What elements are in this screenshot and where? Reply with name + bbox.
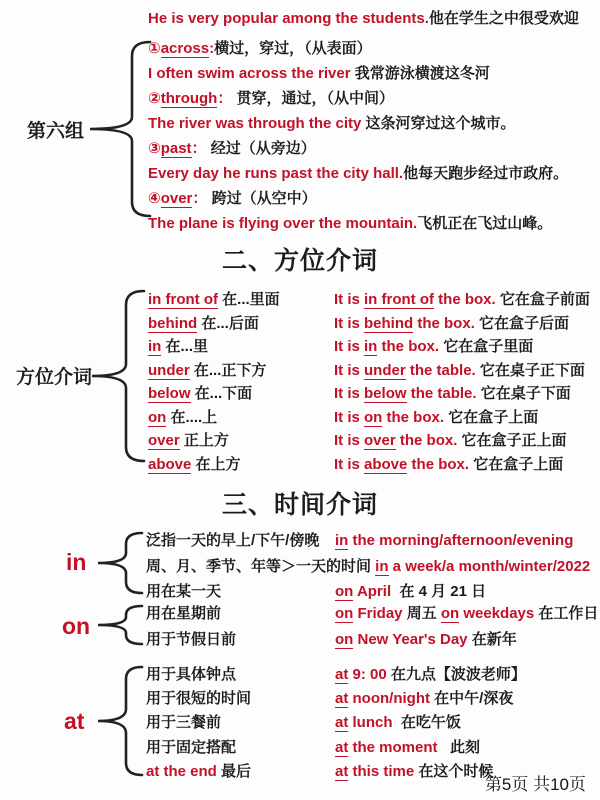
- entry-left: in front of 在...里面: [148, 288, 334, 312]
- text-segment: Every day he runs past the city hall.: [148, 165, 403, 182]
- entry-left: over 正上方: [148, 429, 334, 453]
- entry-row: over 正上方It is over the box. 它在盒子正上面: [148, 429, 590, 453]
- entry-row: at the end 最后at this time 在这个时候: [146, 760, 526, 784]
- text-segment: a week/a month/winter/2022: [389, 558, 591, 575]
- preposition-underlined: past: [161, 140, 192, 158]
- text-segment: It is: [334, 456, 364, 473]
- text-line: Every day he runs past the city hall.他每天…: [148, 161, 568, 186]
- text-segment: 经过（从旁边）: [207, 140, 316, 157]
- entry-right: on New Year's Day 在新年: [335, 627, 517, 653]
- entry-left: 用在星期前: [146, 601, 335, 627]
- entry-row: 用于三餐前at lunch 在吃午饭: [146, 711, 526, 735]
- entry-left: 用于很短的时间: [146, 687, 335, 711]
- text-segment: 飞机正在飞过山峰。: [417, 215, 552, 232]
- preposition-underlined: at: [335, 666, 348, 684]
- entry-right: at lunch 在吃午饭: [335, 711, 461, 735]
- text-line: ④over： 跨过（从空中）: [148, 186, 568, 211]
- text-segment: 用于节假日前: [146, 631, 236, 648]
- preposition-underlined: through: [161, 90, 218, 108]
- preposition-underlined: across: [161, 40, 209, 58]
- entry-left: above 在上方: [148, 453, 334, 477]
- preposition-underlined: at: [335, 763, 348, 781]
- text-segment: 横过，穿过，（从表面）: [214, 40, 372, 57]
- text-segment: 在...正下方: [190, 362, 267, 379]
- entry-right: It is in the box. 它在盒子里面: [334, 335, 533, 359]
- entry-left: 用于节假日前: [146, 627, 335, 653]
- entry-row: in front of 在...里面It is in front of the …: [148, 288, 590, 312]
- entry-row: 用于节假日前on New Year's Day 在新年: [146, 627, 598, 653]
- entry-row: under 在...正下方It is under the table. 它在桌子…: [148, 359, 590, 383]
- text-segment: at the end: [146, 763, 217, 780]
- study-notes-page: He is very popular among the students.他在…: [0, 0, 600, 800]
- entry-left: below 在...下面: [148, 382, 334, 406]
- preposition-underlined: on: [335, 583, 353, 601]
- entry-right: in the morning/afternoon/evening: [335, 528, 573, 554]
- text-segment: 他每天跑步经过市政府。: [403, 165, 568, 182]
- preposition-underlined: on: [148, 409, 166, 427]
- group6-label: 第六组: [27, 116, 84, 143]
- text-segment: 在...后面: [197, 315, 259, 332]
- entry-left: at the end 最后: [146, 760, 335, 784]
- text-segment: the table.: [407, 385, 481, 402]
- entry-left: 用于具体钟点: [146, 663, 335, 687]
- text-segment: It is: [334, 338, 364, 355]
- entry-row: 用于固定搭配at the moment 此刻: [146, 736, 526, 760]
- text-segment: ②: [148, 90, 161, 107]
- group6-bracket-icon: [88, 40, 152, 218]
- preposition-underlined: on: [335, 631, 353, 649]
- entry-right: at 9: 00 在九点【波波老师】: [335, 663, 526, 687]
- text-segment: 我常游泳横渡这冬河: [355, 65, 490, 82]
- text-segment: 在新年: [472, 631, 517, 648]
- text-segment: ：: [192, 190, 207, 207]
- entry-right: at noon/night 在中午/深夜: [335, 687, 513, 711]
- text-segment: April: [353, 583, 395, 600]
- text-segment: 泛指一天的早上/下午/傍晚: [146, 532, 319, 549]
- text-segment: 他在学生之中很受欢迎: [429, 10, 579, 27]
- text-segment: noon/night: [348, 690, 434, 707]
- text-segment: 在 4 月 21 日: [395, 583, 486, 600]
- in-bracket-icon: [96, 531, 144, 595]
- text-segment: this time: [348, 763, 418, 780]
- text-segment: 用在某一天: [146, 583, 221, 600]
- section3-heading: 三、时间介词: [0, 485, 600, 521]
- preposition-underlined: on: [441, 605, 459, 623]
- entry-right: It is in front of the box. 它在盒子前面: [334, 288, 590, 312]
- entry-row: above 在上方It is above the box. 它在盒子上面: [148, 453, 590, 477]
- text-segment: 它在盒子上面: [473, 456, 563, 473]
- group6-lines: ①across:横过，穿过，（从表面）I often swim across t…: [148, 36, 568, 236]
- entry-row: 用于具体钟点at 9: 00 在九点【波波老师】: [146, 663, 526, 687]
- entry-right: It is above the box. 它在盒子上面: [334, 453, 563, 477]
- entry-row: 泛指一天的早上/下午/傍晚in the morning/afternoon/ev…: [146, 528, 590, 554]
- text-segment: 正上方: [180, 432, 229, 449]
- text-segment: 它在盒子后面: [479, 315, 569, 332]
- preposition-underlined: under: [364, 362, 406, 380]
- entry-left: on 在....上: [148, 406, 334, 430]
- text-segment: 跨过（从空中）: [207, 190, 316, 207]
- text-segment: 在上方: [191, 456, 240, 473]
- text-segment: 用于具体钟点: [146, 666, 236, 683]
- preposition-underlined: in front of: [148, 291, 218, 309]
- entry-row: in 在...里It is in the box. 它在盒子里面: [148, 335, 590, 359]
- preposition-underlined: on: [335, 605, 353, 623]
- text-segment: 9: 00: [348, 666, 391, 683]
- text-segment: He is very popular among the students.: [148, 10, 429, 27]
- text-segment: 在这个时候: [418, 763, 493, 780]
- entry-right: in a week/a month/winter/2022: [375, 554, 590, 580]
- entry-left: 泛指一天的早上/下午/傍晚: [146, 528, 335, 554]
- preposition-underlined: in: [148, 338, 161, 356]
- preposition-underlined: above: [148, 456, 191, 474]
- text-segment: It is: [334, 409, 364, 426]
- text-segment: I often swim across the river: [148, 65, 355, 82]
- text-segment: New Year's Day: [353, 631, 471, 648]
- text-segment: It is: [334, 432, 364, 449]
- text-segment: ③: [148, 140, 161, 157]
- in-usage-table: 泛指一天的早上/下午/傍晚in the morning/afternoon/ev…: [146, 528, 590, 605]
- text-segment: 用于固定搭配: [146, 739, 236, 756]
- text-segment: the moment: [348, 739, 441, 756]
- preposition-underlined: behind: [364, 315, 413, 333]
- text-segment: It is: [334, 291, 364, 308]
- page-indicator: 第5页 共10页: [485, 770, 586, 795]
- preposition-underlined: on: [364, 409, 382, 427]
- at-bracket-icon: [96, 665, 144, 777]
- text-segment: the box.: [413, 315, 479, 332]
- preposition-underlined: over: [364, 432, 396, 450]
- entry-left: behind 在...后面: [148, 312, 334, 336]
- preposition-underlined: below: [364, 385, 407, 403]
- text-line: The plane is flying over the mountain.飞机…: [148, 211, 568, 236]
- text-segment: 它在盒子前面: [500, 291, 590, 308]
- text-segment: 它在盒子里面: [443, 338, 533, 355]
- text-segment: 贯穿，通过，（从中间）: [232, 90, 394, 107]
- preposition-underlined: at: [335, 690, 348, 708]
- section2-bracket-icon: [90, 289, 146, 463]
- at-usage-table: 用于具体钟点at 9: 00 在九点【波波老师】用于很短的时间at noon/n…: [146, 663, 526, 784]
- text-line: I often swim across the river 我常游泳横渡这冬河: [148, 61, 568, 86]
- entry-left: under 在...正下方: [148, 359, 334, 383]
- preposition-underlined: behind: [148, 315, 197, 333]
- text-segment: the box.: [434, 291, 500, 308]
- preposition-underlined: above: [364, 456, 407, 474]
- text-segment: ：: [192, 140, 207, 157]
- text-segment: 用于很短的时间: [146, 690, 251, 707]
- preposition-underlined: in front of: [364, 291, 434, 309]
- entry-row: on 在....上It is on the box. 它在盒子上面: [148, 406, 590, 430]
- entry-left: 用于固定搭配: [146, 736, 335, 760]
- text-line: ②through： 贯穿，通过，（从中间）: [148, 86, 568, 111]
- text-segment: 在九点【波波老师】: [391, 666, 526, 683]
- text-segment: 在....上: [166, 409, 217, 426]
- section2-heading: 二、方位介词: [0, 241, 600, 277]
- text-segment: lunch: [348, 714, 396, 731]
- text-segment: the box.: [407, 456, 473, 473]
- text-segment: ：: [217, 90, 232, 107]
- text-segment: weekdays: [459, 605, 538, 622]
- text-segment: 它在盒子上面: [448, 409, 538, 426]
- text-segment: 在...下面: [191, 385, 253, 402]
- entry-left: 周、月、季节、年等＞一天的时间: [146, 554, 375, 580]
- text-segment: 用在星期前: [146, 605, 221, 622]
- text-segment: 周、月、季节、年等＞一天的时间: [146, 558, 375, 575]
- text-segment: 它在盒子正上面: [462, 432, 567, 449]
- position-prepositions-table: in front of 在...里面It is in front of the …: [148, 288, 590, 476]
- section2-label: 方位介词: [16, 362, 92, 389]
- text-segment: 它在桌子正下面: [480, 362, 585, 379]
- preposition-underlined: in: [375, 558, 388, 576]
- text-segment: 在...里: [161, 338, 208, 355]
- text-segment: ④: [148, 190, 161, 207]
- text-line: ①across:横过，穿过，（从表面）: [148, 36, 568, 61]
- entry-right: It is below the table. 它在桌子下面: [334, 382, 571, 406]
- entry-left: 用于三餐前: [146, 711, 335, 735]
- in-group-label: in: [66, 549, 86, 576]
- entry-row: 用于很短的时间at noon/night 在中午/深夜: [146, 687, 526, 711]
- preposition-underlined: at: [335, 739, 348, 757]
- text-segment: the box.: [377, 338, 443, 355]
- preposition-underlined: over: [148, 432, 180, 450]
- text-segment: It is: [334, 385, 364, 402]
- text-segment: ①: [148, 40, 161, 57]
- entry-row: 周、月、季节、年等＞一天的时间 in a week/a month/winter…: [146, 554, 590, 580]
- text-segment: 在...里面: [218, 291, 280, 308]
- preposition-underlined: at: [335, 714, 348, 732]
- preposition-underlined: under: [148, 362, 190, 380]
- entry-right: at this time 在这个时候: [335, 760, 493, 784]
- entry-row: behind 在...后面It is behind the box. 它在盒子后…: [148, 312, 590, 336]
- entry-left: in 在...里: [148, 335, 334, 359]
- entry-right: It is behind the box. 它在盒子后面: [334, 312, 569, 336]
- preposition-underlined: in: [364, 338, 377, 356]
- entry-right: It is under the table. 它在桌子正下面: [334, 359, 585, 383]
- text-line: ③past： 经过（从旁边）: [148, 136, 568, 161]
- text-line: The river was through the city 这条河穿过这个城市…: [148, 111, 568, 136]
- preposition-underlined: below: [148, 385, 191, 403]
- entry-row: below 在...下面It is below the table. 它在桌子下…: [148, 382, 590, 406]
- entry-right: It is on the box. 它在盒子上面: [334, 406, 538, 430]
- text-segment: 在中午/深夜: [434, 690, 513, 707]
- entry-row: 用在星期前on Friday 周五 on weekdays 在工作日: [146, 601, 598, 627]
- text-segment: 在工作日: [538, 605, 598, 622]
- intro-sentence: He is very popular among the students.他在…: [148, 7, 579, 28]
- entry-right: It is over the box. 它在盒子正上面: [334, 429, 567, 453]
- text-segment: 它在桌子下面: [481, 385, 571, 402]
- text-segment: 周五: [407, 605, 441, 622]
- text-segment: the box.: [382, 409, 448, 426]
- on-usage-table: 用在星期前on Friday 周五 on weekdays 在工作日用于节假日前…: [146, 601, 598, 653]
- text-segment: 此刻: [442, 739, 480, 756]
- text-segment: The river was through the city: [148, 115, 366, 132]
- text-segment: It is: [334, 315, 364, 332]
- text-segment: 最后: [217, 763, 251, 780]
- text-segment: It is: [334, 362, 364, 379]
- text-segment: Friday: [353, 605, 406, 622]
- preposition-underlined: in: [335, 532, 348, 550]
- text-segment: The plane is flying over the mountain.: [148, 215, 417, 232]
- text-segment: the table.: [406, 362, 480, 379]
- at-group-label: at: [64, 708, 84, 735]
- entry-right: at the moment 此刻: [335, 736, 480, 760]
- text-segment: the morning/afternoon/evening: [348, 532, 573, 549]
- on-bracket-icon: [96, 604, 144, 646]
- text-segment: the box.: [396, 432, 462, 449]
- text-segment: 在吃午饭: [397, 714, 461, 731]
- preposition-underlined: over: [161, 190, 193, 208]
- text-segment: 用于三餐前: [146, 714, 221, 731]
- on-group-label: on: [62, 613, 90, 640]
- entry-right: on Friday 周五 on weekdays 在工作日: [335, 601, 598, 627]
- text-segment: 这条河穿过这个城市。: [366, 115, 516, 132]
